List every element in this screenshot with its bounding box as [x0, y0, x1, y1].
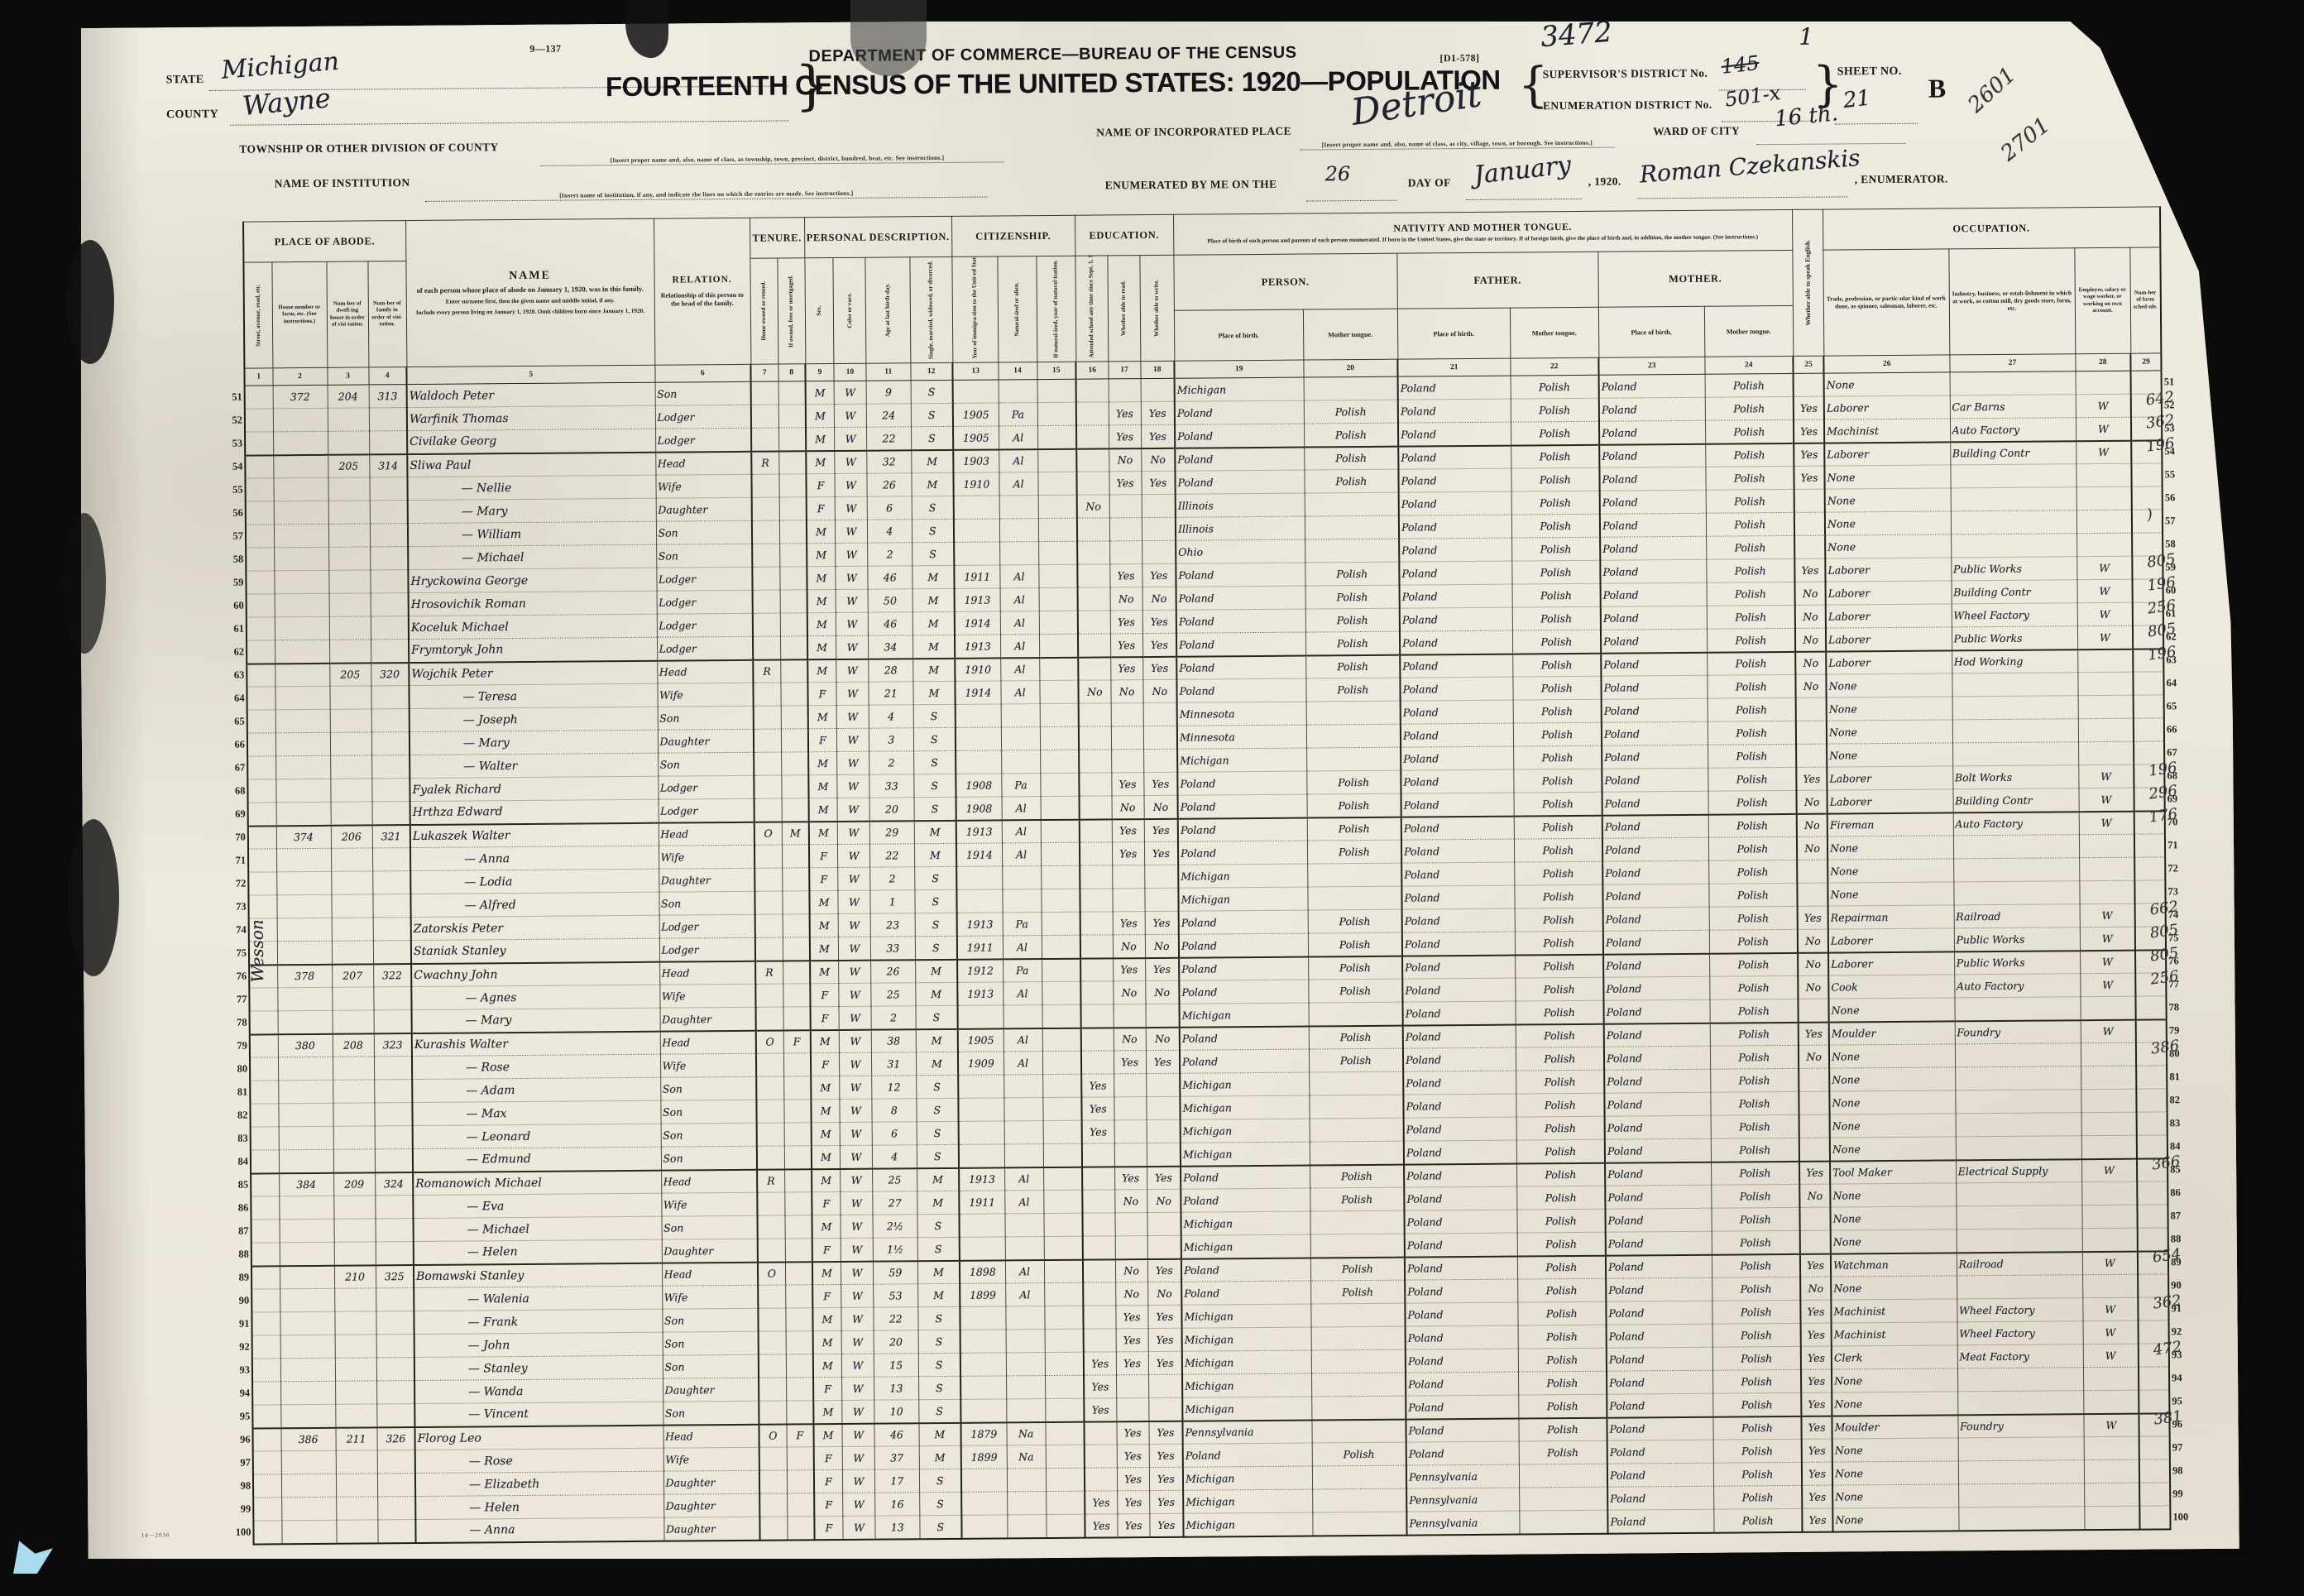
cell-street — [253, 1498, 281, 1521]
cell-color: W — [842, 1400, 874, 1423]
cell-write — [1146, 1004, 1180, 1027]
cell-house — [279, 1196, 333, 1220]
cell-write: Yes — [1141, 424, 1175, 448]
cell-farm-schedule — [2139, 1436, 2170, 1459]
cell-employer — [2082, 1274, 2138, 1298]
margin-note: 654 — [2152, 1245, 2182, 1266]
cell-nat-year — [1040, 703, 1079, 726]
cell-owned: R — [755, 961, 783, 984]
cell-employer — [2076, 510, 2132, 534]
cell-naturalized: Pa — [1003, 959, 1042, 982]
cell-street — [250, 1057, 278, 1081]
cell-pob-father: Poland — [1403, 1001, 1516, 1025]
cell-owned — [757, 1123, 784, 1146]
cell-employer: W — [2081, 1158, 2137, 1182]
line-number: 74 — [216, 918, 249, 942]
cell-english: No — [1799, 1184, 1830, 1207]
cell-tongue-person: Polish — [1308, 956, 1402, 980]
cell-pob-father: Poland — [1401, 793, 1514, 817]
line-number: 88 — [218, 1243, 251, 1266]
supervisor-district-label: SUPERVISOR'S DISTRICT No. — [1543, 67, 1708, 82]
cell-read: Yes — [1112, 842, 1144, 865]
cell-marital: S — [911, 380, 953, 403]
cell-relation: Lodger — [657, 636, 753, 660]
cell-english: Yes — [1802, 1485, 1832, 1508]
cell-relation: Daughter — [662, 1239, 758, 1263]
cell-name: — Anna — [410, 846, 659, 870]
line-number: 100 — [220, 1521, 253, 1544]
margin-scribble-2701: 2701 — [1996, 113, 2054, 166]
cell-pob-person: Michigan — [1183, 1512, 1312, 1536]
cell-house — [280, 1242, 334, 1266]
cell-house — [274, 524, 328, 548]
group-occupation: OCCUPATION. — [1823, 207, 2160, 250]
cell-write: Yes — [1145, 911, 1179, 934]
cell-naturalized: Al — [1003, 936, 1042, 959]
cell-immigration: 1913 — [955, 588, 1000, 611]
cell-write: Yes — [1146, 1050, 1180, 1073]
line-number: 96 — [219, 1428, 252, 1451]
cell-pob-father: Poland — [1400, 584, 1512, 608]
cell-street — [249, 942, 277, 965]
cell-pob-father: Poland — [1398, 399, 1511, 423]
cell-employer: W — [2076, 417, 2131, 441]
cell-read: Yes — [1113, 958, 1145, 981]
cell-write: No — [1145, 980, 1179, 1004]
cell-trade: None — [1831, 1276, 1957, 1300]
cell-pob-mother: Poland — [1599, 443, 1705, 467]
cell-nat-year — [1042, 958, 1080, 981]
cell-mortgage — [783, 984, 810, 1007]
cell-relation: Lodger — [657, 613, 753, 637]
cell-color: W — [840, 1145, 872, 1168]
enumerator-name: Roman Czekanskis — [1639, 144, 1861, 189]
col-number-13: 13 — [952, 362, 998, 380]
cell-relation: Daughter — [656, 497, 752, 521]
cell-nat-year — [1042, 912, 1080, 935]
cell-tongue-father: Polish — [1515, 954, 1603, 978]
cell-immigration — [956, 704, 1001, 727]
cell-write: Yes — [1149, 1421, 1183, 1444]
col-number-15: 15 — [1037, 362, 1075, 379]
cell-street — [252, 1428, 280, 1451]
cell-family — [370, 501, 408, 524]
cell-mortgage — [783, 1100, 811, 1123]
cell-age: 34 — [869, 635, 913, 659]
enumerated-prefix: ENUMERATED BY ME ON THE — [1105, 178, 1277, 193]
cell-mortgage — [780, 613, 807, 636]
cell-pob-mother: Poland — [1602, 860, 1708, 884]
cell-trade: None — [1832, 1461, 1958, 1485]
cell-sex: M — [806, 381, 835, 405]
cell-owned — [754, 775, 781, 798]
cell-pob-father: Poland — [1405, 1256, 1517, 1280]
cell-industry — [1957, 1391, 2083, 1415]
cell-sex: M — [813, 1354, 842, 1377]
cell-sex: F — [814, 1446, 843, 1469]
cell-tongue-mother: Polish — [1708, 860, 1797, 884]
cell-english — [1794, 373, 1824, 396]
cell-nat-year — [1039, 587, 1078, 611]
cell-tongue-father: Polish — [1514, 861, 1602, 885]
cell-immigration: 1903 — [953, 449, 999, 472]
cell-name: — Max — [412, 1100, 660, 1125]
cell-nat-year — [1046, 1491, 1085, 1514]
cell-name: — Edmund — [413, 1147, 661, 1172]
cell-english: Yes — [1794, 466, 1824, 489]
cell-family — [372, 894, 410, 918]
cell-name: — Walter — [410, 753, 658, 778]
cell-name: — Stanley — [414, 1355, 663, 1380]
cell-tongue-father: Polish — [1516, 1047, 1604, 1071]
cell-tongue-mother: Polish — [1707, 605, 1795, 629]
cell-immigration: 1914 — [956, 843, 1002, 866]
cell-read — [1109, 541, 1142, 564]
cell-industry — [1956, 1113, 2081, 1137]
cell-industry: Public Works — [1954, 927, 2080, 951]
cell-house — [277, 941, 332, 965]
cell-industry — [1951, 510, 2076, 534]
cell-pob-father: Poland — [1403, 1047, 1516, 1071]
cell-mortgage — [782, 798, 809, 822]
cell-school — [1076, 448, 1109, 472]
cell-color: W — [834, 427, 866, 450]
cell-sex: M — [807, 659, 836, 683]
cell-nat-year — [1038, 518, 1077, 541]
cell-english — [1796, 744, 1827, 767]
cell-house — [280, 1335, 335, 1359]
cell-house — [279, 1126, 333, 1150]
cell-employer: W — [2080, 950, 2135, 974]
cell-immigration — [961, 1515, 1007, 1538]
cell-dwelling — [333, 1196, 375, 1219]
cell-age: 6 — [872, 1122, 917, 1145]
cell-owned — [754, 891, 782, 914]
enumerator-line — [1637, 185, 1848, 199]
cell-english: No — [1795, 651, 1826, 674]
cell-school: No — [1077, 495, 1109, 518]
cell-pob-person: Minnesota — [1177, 725, 1306, 749]
cell-marital: S — [917, 1306, 960, 1330]
cell-mortgage — [778, 451, 806, 474]
col-tongue-header: Mother tongue. — [1510, 307, 1598, 358]
cell-english — [1799, 999, 1829, 1022]
cell-read — [1111, 750, 1143, 773]
cell-english: Yes — [1799, 1022, 1829, 1045]
cell-nat-year — [1041, 796, 1080, 819]
cell-school — [1078, 611, 1110, 634]
cell-pob-person: Michigan — [1183, 1466, 1312, 1490]
cell-name: — Alfred — [410, 892, 659, 917]
cell-tongue-father: Polish — [1511, 560, 1600, 584]
cell-naturalized: Pa — [1001, 774, 1040, 797]
cell-industry — [1958, 1507, 2084, 1531]
cell-color: W — [842, 1469, 874, 1493]
cell-read — [1109, 379, 1141, 402]
cell-write: Yes — [1148, 1351, 1182, 1374]
cell-industry: Wheel Factory — [1952, 603, 2077, 627]
cell-immigration: 1910 — [955, 658, 1000, 681]
cell-pob-mother: Poland — [1601, 675, 1707, 699]
cell-industry: Car Barns — [1950, 395, 2076, 419]
cell-pob-father: Poland — [1400, 654, 1512, 678]
cell-industry — [1958, 1483, 2084, 1507]
cell-nat-year — [1039, 634, 1078, 657]
cell-naturalized — [1007, 1469, 1046, 1492]
cell-nat-year — [1040, 726, 1079, 750]
cell-marital: S — [913, 704, 956, 727]
cell-sex: M — [812, 1122, 841, 1145]
cell-tongue-mother: Polish — [1706, 558, 1794, 582]
cell-owned — [752, 567, 779, 590]
cell-nat-year — [1044, 1306, 1083, 1329]
cell-pob-person: Michigan — [1180, 1095, 1309, 1119]
cell-relation: Lodger — [659, 798, 754, 822]
cell-age: 46 — [868, 612, 912, 635]
cell-write — [1144, 888, 1178, 911]
cell-employer: W — [2083, 1344, 2139, 1368]
cell-english — [1794, 535, 1825, 558]
incorporated-place-label: NAME OF INCORPORATED PLACE — [1096, 125, 1291, 140]
cell-tongue-mother: Polish — [1708, 883, 1797, 907]
cell-pob-father: Poland — [1403, 1024, 1516, 1048]
cell-naturalized: Al — [1003, 982, 1042, 1005]
cell-marital: S — [912, 496, 954, 519]
cell-pob-mother: Poland — [1602, 721, 1708, 745]
cell-english: No — [1797, 836, 1827, 860]
cell-nat-year — [1043, 1167, 1082, 1190]
cell-read: Yes — [1110, 634, 1142, 657]
cell-house — [273, 408, 328, 432]
cell-mortgage — [784, 1169, 812, 1192]
cell-pob-person: Michigan — [1181, 1211, 1310, 1235]
cell-trade: None — [1825, 511, 1951, 535]
line-number: 65 — [214, 710, 247, 733]
cell-relation: Son — [655, 381, 751, 405]
cell-dwelling — [333, 1126, 375, 1149]
cell-employer: W — [2081, 1019, 2136, 1043]
cell-nat-year — [1043, 1143, 1082, 1167]
cell-marital: M — [916, 1028, 958, 1052]
county-label: COUNTY — [166, 108, 218, 122]
line-number: 67 — [214, 756, 247, 779]
cell-tongue-mother: Polish — [1706, 489, 1794, 513]
cell-employer: W — [2076, 556, 2132, 580]
group-tenure: TENURE. — [750, 218, 804, 259]
cell-house — [274, 501, 328, 525]
cell-mortgage: M — [782, 822, 809, 845]
cell-mortgage — [779, 520, 807, 544]
cell-immigration — [961, 1492, 1007, 1515]
cell-farm-schedule — [2131, 463, 2162, 486]
cell-trade: Laborer — [1827, 766, 1952, 790]
cell-family — [377, 1450, 415, 1474]
cell-industry: Foundry — [1955, 1020, 2081, 1044]
cell-dwelling — [336, 1450, 377, 1474]
cell-english: Yes — [1794, 396, 1824, 419]
cell-relation: Lodger — [656, 567, 752, 591]
cell-owned — [754, 798, 782, 822]
cell-tongue-mother: Polish — [1712, 1369, 1801, 1393]
cell-farm-schedule — [2139, 1506, 2170, 1529]
cell-owned — [751, 474, 778, 497]
cell-marital: S — [914, 889, 956, 913]
month-line — [1466, 187, 1582, 200]
line-number: 89 — [218, 1266, 251, 1289]
cell-employer — [2084, 1459, 2139, 1483]
cell-family — [376, 1242, 414, 1265]
cell-industry — [1955, 1043, 2081, 1067]
cell-trade: None — [1832, 1392, 1957, 1416]
cell-name: Hryckowina George — [408, 568, 656, 592]
cell-pob-mother: Poland — [1604, 999, 1710, 1023]
cell-naturalized — [1001, 704, 1040, 727]
cell-tongue-person — [1305, 539, 1399, 563]
cell-trade: None — [1832, 1368, 1957, 1392]
line-number: 59 — [213, 571, 246, 594]
cell-read: Yes — [1110, 611, 1142, 634]
cell-tongue-father: Polish — [1517, 1278, 1606, 1302]
cell-read — [1116, 1375, 1148, 1398]
cell-relation: Head — [655, 451, 751, 475]
cell-dwelling — [333, 1103, 374, 1126]
cell-sex: M — [810, 913, 839, 937]
cell-name: Zatorskis Peter — [411, 915, 659, 940]
cell-house — [275, 663, 329, 687]
cell-employer — [2081, 1042, 2136, 1066]
cell-house — [280, 1358, 335, 1382]
line-number: 78 — [217, 1011, 250, 1034]
cell-marital: M — [914, 820, 956, 843]
cell-read — [1109, 495, 1142, 518]
cell-immigration — [960, 1353, 1006, 1376]
cell-tongue-person: Polish — [1305, 678, 1400, 702]
cell-employer — [2081, 1135, 2137, 1159]
cell-naturalized — [1004, 1098, 1042, 1121]
cell-employer — [2079, 880, 2134, 904]
cell-color: W — [841, 1307, 874, 1330]
cell-immigration: 1911 — [957, 936, 1003, 959]
cell-relation: Wife — [661, 1192, 757, 1216]
cell-color: W — [838, 913, 870, 937]
line-number: 84 — [218, 1150, 251, 1173]
margin-note: 176 — [2148, 805, 2179, 826]
cell-mortgage — [778, 381, 806, 405]
cell-owned — [754, 729, 781, 752]
cell-relation: Wife — [663, 1447, 759, 1471]
cell-english: Yes — [1800, 1300, 1831, 1323]
col-number-23: 23 — [1598, 357, 1704, 375]
cell-owned — [759, 1354, 786, 1378]
cell-nat-year — [1042, 1051, 1081, 1074]
cell-name: — Nellie — [407, 475, 655, 500]
cell-employer — [2081, 1089, 2136, 1113]
cell-immigration: 1911 — [954, 565, 999, 588]
cell-relation: Lodger — [657, 590, 753, 614]
cell-tongue-person: Polish — [1310, 1257, 1405, 1281]
cell-industry — [1953, 881, 2079, 905]
cell-family: 313 — [369, 385, 407, 408]
line-number: 83 — [218, 1127, 251, 1150]
cell-pob-person: Poland — [1181, 1281, 1310, 1305]
cell-marital: S — [919, 1469, 961, 1492]
line-number: 95 — [219, 1405, 252, 1428]
cell-industry: Wheel Factory — [1957, 1321, 2083, 1345]
cell-immigration: 1905 — [953, 426, 999, 449]
cell-marital: S — [914, 797, 956, 820]
cell-english — [1800, 1207, 1831, 1230]
cell-mortgage — [785, 1239, 812, 1262]
cell-nat-year — [1038, 495, 1077, 518]
cell-english: No — [1795, 628, 1826, 651]
col-number-28: 28 — [2075, 353, 2130, 371]
cell-tongue-mother: Polish — [1710, 1068, 1799, 1092]
cell-industry — [1953, 835, 2079, 859]
cell-school — [1080, 958, 1113, 981]
cell-marital: S — [916, 1098, 958, 1121]
cell-pob-mother: Poland — [1603, 953, 1709, 977]
cell-mortgage — [782, 845, 809, 868]
cell-nat-year — [1044, 1213, 1083, 1236]
cell-sex: M — [811, 1076, 840, 1099]
census-title: FOURTEENTH CENSUS OF THE UNITED STATES: … — [433, 63, 1674, 104]
cell-school — [1079, 726, 1111, 750]
cell-dwelling: 211 — [335, 1427, 376, 1450]
cell-mortgage — [781, 752, 808, 775]
cell-pob-father: Poland — [1404, 1163, 1516, 1187]
cell-owned — [754, 752, 781, 775]
subgroup-father: FATHER. — [1396, 252, 1598, 309]
cell-tongue-father: Polish — [1513, 745, 1602, 769]
cell-pob-mother: Poland — [1607, 1440, 1713, 1464]
cell-trade: None — [1832, 1484, 1958, 1508]
cell-english — [1799, 1091, 1829, 1114]
cell-trade: None — [1824, 372, 1950, 396]
cell-street — [253, 1521, 281, 1544]
cell-pob-father: Poland — [1398, 445, 1511, 469]
cell-trade: Laborer — [1828, 928, 1954, 952]
cell-employer: W — [2083, 1413, 2139, 1437]
cell-age: 13 — [874, 1377, 919, 1400]
cell-pob-mother: Poland — [1605, 1185, 1711, 1209]
cell-marital: M — [912, 588, 955, 611]
cell-street — [252, 1382, 280, 1405]
cell-street — [248, 872, 276, 895]
cell-trade: Laborer — [1824, 395, 1950, 419]
cell-age: 2½ — [873, 1215, 917, 1238]
cell-street — [246, 501, 274, 525]
cell-pob-father: Poland — [1402, 955, 1515, 979]
line-number: 77 — [216, 988, 249, 1011]
cell-name: — Joseph — [410, 707, 658, 731]
cell-relation: Son — [658, 752, 754, 776]
cell-street — [246, 548, 274, 571]
cell-tongue-mother: Polish — [1713, 1439, 1802, 1463]
cell-owned — [759, 1401, 786, 1424]
cell-write: No — [1142, 587, 1176, 610]
cell-tongue-mother: Polish — [1712, 1416, 1801, 1440]
census-sheet: STATE Michigan COUNTY Wayne } 9—137 DEPA… — [76, 12, 2239, 1565]
cell-read — [1115, 1213, 1147, 1236]
margin-note: 296 — [2148, 782, 2178, 803]
cell-tongue-father: Polish — [1512, 583, 1601, 607]
cell-color: W — [839, 1052, 871, 1076]
cell-pob-person: Michigan — [1178, 887, 1307, 911]
cell-tongue-mother: Polish — [1705, 373, 1794, 397]
sheet-line — [1835, 112, 1918, 125]
cell-pob-person: Poland — [1176, 632, 1305, 656]
group-nativity: NATIVITY AND MOTHER TONGUE.Place of birt… — [1173, 209, 1792, 255]
